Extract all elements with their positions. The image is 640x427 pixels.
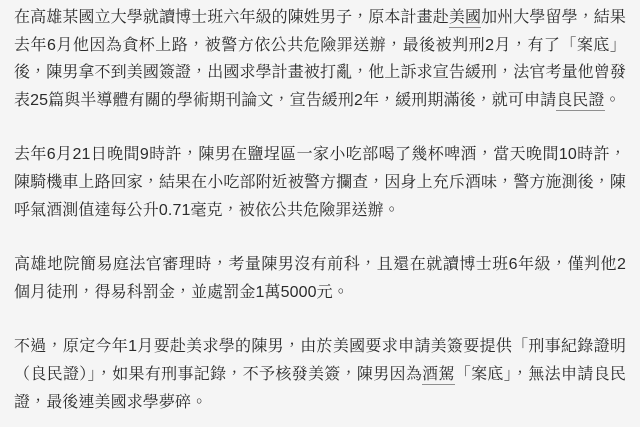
inline-keyword-link[interactable]: 良民證 [556, 92, 604, 111]
inline-keyword-link[interactable]: 美國 [449, 9, 481, 28]
paragraph-text: 高雄地院簡易庭法官審理時，考量陳男沒有前科，且還在就讀博士班6年級，僅判他2個月… [14, 256, 626, 301]
article-body: 在高雄某國立大學就讀博士班六年級的陳姓男子，原本計畫赴美國加州大學留學，結果去年… [0, 0, 640, 416]
paragraph-text: 。 [605, 92, 621, 109]
paragraph-text: 去年6月21日晚間9時許，陳男在鹽埕區一家小吃部喝了幾杯啤酒，當天晚間10時許，… [14, 146, 626, 218]
article-paragraph: 在高雄某國立大學就讀博士班六年級的陳姓男子，原本計畫赴美國加州大學留學，結果去年… [14, 4, 626, 114]
inline-keyword-link[interactable]: 酒駕 [422, 366, 455, 385]
article-paragraph: 高雄地院簡易庭法官審理時，考量陳男沒有前科，且還在就讀博士班6年級，僅判他2個月… [14, 251, 626, 306]
paragraph-text: 在高雄某國立大學就讀博士班六年級的陳姓男子，原本計畫赴 [14, 9, 449, 26]
article-paragraph: 不過，原定今年1月要赴美求學的陳男，由於美國要求申請美簽要提供「刑事紀錄證明（良… [14, 333, 626, 416]
article-paragraph: 去年6月21日晚間9時許，陳男在鹽埕區一家小吃部喝了幾杯啤酒，當天晚間10時許，… [14, 141, 626, 224]
